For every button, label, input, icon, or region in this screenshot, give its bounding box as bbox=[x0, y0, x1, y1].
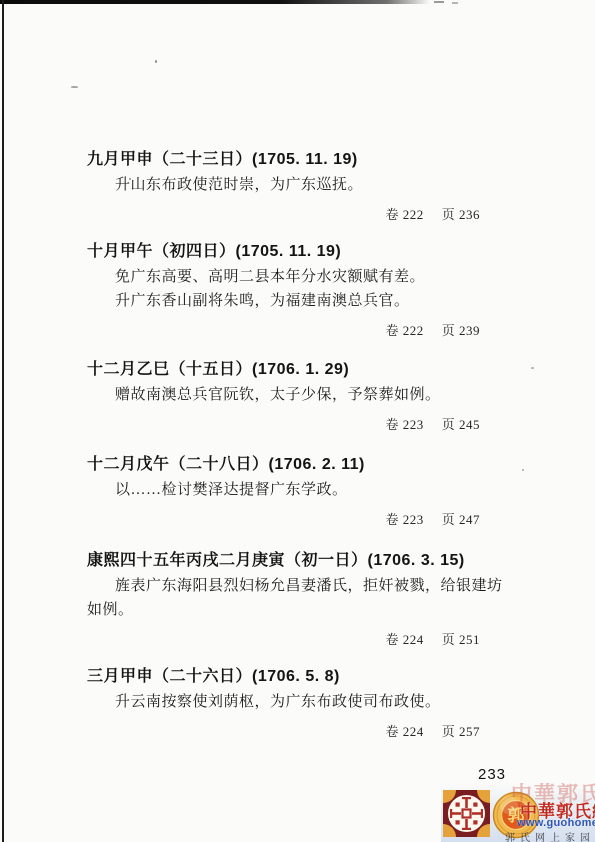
watermark-tagline: 郭氏网上家园 bbox=[505, 829, 595, 842]
volume-page-reference: 卷 224页 251 bbox=[87, 629, 480, 648]
entry-date-heading: 十二月戊午（二十八日）(1706. 2. 11) bbox=[87, 456, 508, 474]
entry-body-line: 升云南按察使刘荫枢，为广东布政使司布政使。 bbox=[87, 690, 508, 714]
chronicle-entry: 十二月戊午（二十八日）(1706. 2. 11) 以……检讨樊泽达提督广东学政。… bbox=[87, 456, 508, 528]
page-reference: 页 245 bbox=[442, 417, 480, 432]
page-reference: 页 239 bbox=[442, 323, 480, 338]
guohome-watermark: 郭 中華郭氏網 中華郭氏網 www.guohome.org 郭氏网上家园 bbox=[441, 783, 595, 842]
scan-speckle bbox=[522, 469, 524, 471]
entry-body: 赠故南澳总兵官阮钦，太子少保，予祭葬如例。 bbox=[87, 383, 508, 407]
entry-body-line: 旌表广东海阳县烈妇杨允昌妻潘氏，拒奸被戮，给银建坊 bbox=[87, 574, 508, 598]
page-reference: 页 247 bbox=[442, 512, 480, 527]
entry-body: 免广东高要、高明二县本年分水灾额赋有差。 升广东香山副将朱鸣，为福建南澳总兵官。 bbox=[87, 265, 508, 313]
guo-clan-square-seal-icon bbox=[443, 790, 490, 837]
watermark-url: www.guohome.org bbox=[517, 817, 595, 829]
volume-reference: 卷 222 bbox=[385, 323, 423, 338]
entry-body: 旌表广东海阳县烈妇杨允昌妻潘氏，拒奸被戮，给银建坊 如例。 bbox=[87, 574, 508, 622]
scan-speckle bbox=[155, 60, 157, 63]
volume-reference: 卷 224 bbox=[385, 632, 423, 647]
entry-body-line: 赠故南澳总兵官阮钦，太子少保，予祭葬如例。 bbox=[87, 383, 508, 407]
scan-speckle bbox=[531, 367, 534, 369]
volume-page-reference: 卷 223页 245 bbox=[87, 414, 480, 433]
entry-date-heading: 康熙四十五年丙戌二月庚寅（初一日）(1706. 3. 15) bbox=[87, 552, 508, 570]
folio-page-number: 233 bbox=[462, 766, 522, 783]
volume-page-reference: 卷 224页 257 bbox=[87, 721, 480, 740]
volume-page-reference: 卷 222页 236 bbox=[87, 204, 480, 223]
volume-reference: 卷 222 bbox=[385, 207, 423, 222]
entry-body: 以……检讨樊泽达提督广东学政。 bbox=[87, 478, 508, 502]
chronicle-entry: 康熙四十五年丙戌二月庚寅（初一日）(1706. 3. 15) 旌表广东海阳县烈妇… bbox=[87, 552, 508, 648]
chronicle-entry: 十二月乙巳（十五日）(1706. 1. 29) 赠故南澳总兵官阮钦，太子少保，予… bbox=[87, 361, 508, 433]
entry-body-line: 升广东香山副将朱鸣，为福建南澳总兵官。 bbox=[87, 289, 508, 313]
entry-body: 升云南按察使刘荫枢，为广东布政使司布政使。 bbox=[87, 690, 508, 714]
entry-body: 升山东布政使范时崇，为广东巡抚。 bbox=[87, 173, 508, 197]
page-reference: 页 257 bbox=[442, 724, 480, 739]
chronicle-entry: 十月甲午（初四日）(1705. 11. 19) 免广东高要、高明二县本年分水灾额… bbox=[87, 243, 508, 339]
scan-speckle bbox=[71, 86, 78, 88]
scan-artifact-top-line bbox=[0, 0, 430, 4]
volume-reference: 卷 223 bbox=[385, 512, 423, 527]
scanned-page: 九月甲申（二十三日）(1705. 11. 19) 升山东布政使范时崇，为广东巡抚… bbox=[0, 0, 595, 842]
entry-body-line: 升山东布政使范时崇，为广东巡抚。 bbox=[87, 173, 508, 197]
volume-page-reference: 卷 223页 247 bbox=[87, 509, 480, 528]
entry-date-heading: 九月甲申（二十三日）(1705. 11. 19) bbox=[87, 151, 508, 169]
volume-reference: 卷 224 bbox=[385, 724, 423, 739]
scan-artifact-left-line bbox=[2, 0, 4, 842]
volume-page-reference: 卷 222页 239 bbox=[87, 320, 480, 339]
entry-body-line: 如例。 bbox=[87, 598, 508, 622]
page-reference: 页 251 bbox=[442, 632, 480, 647]
page-reference: 页 236 bbox=[442, 207, 480, 222]
chronicle-entry: 九月甲申（二十三日）(1705. 11. 19) 升山东布政使范时崇，为广东巡抚… bbox=[87, 151, 508, 223]
entry-date-heading: 十二月乙巳（十五日）(1706. 1. 29) bbox=[87, 361, 508, 379]
scan-artifact-dash bbox=[452, 2, 458, 4]
entry-body-line: 免广东高要、高明二县本年分水灾额赋有差。 bbox=[87, 265, 508, 289]
volume-reference: 卷 223 bbox=[385, 417, 423, 432]
entry-date-heading: 十月甲午（初四日）(1705. 11. 19) bbox=[87, 243, 508, 261]
entry-body-line: 以……检讨樊泽达提督广东学政。 bbox=[87, 478, 508, 502]
chronicle-entry: 三月甲申（二十六日）(1706. 5. 8) 升云南按察使刘荫枢，为广东布政使司… bbox=[87, 668, 508, 740]
scan-artifact-dash bbox=[434, 1, 444, 3]
entry-date-heading: 三月甲申（二十六日）(1706. 5. 8) bbox=[87, 668, 508, 686]
